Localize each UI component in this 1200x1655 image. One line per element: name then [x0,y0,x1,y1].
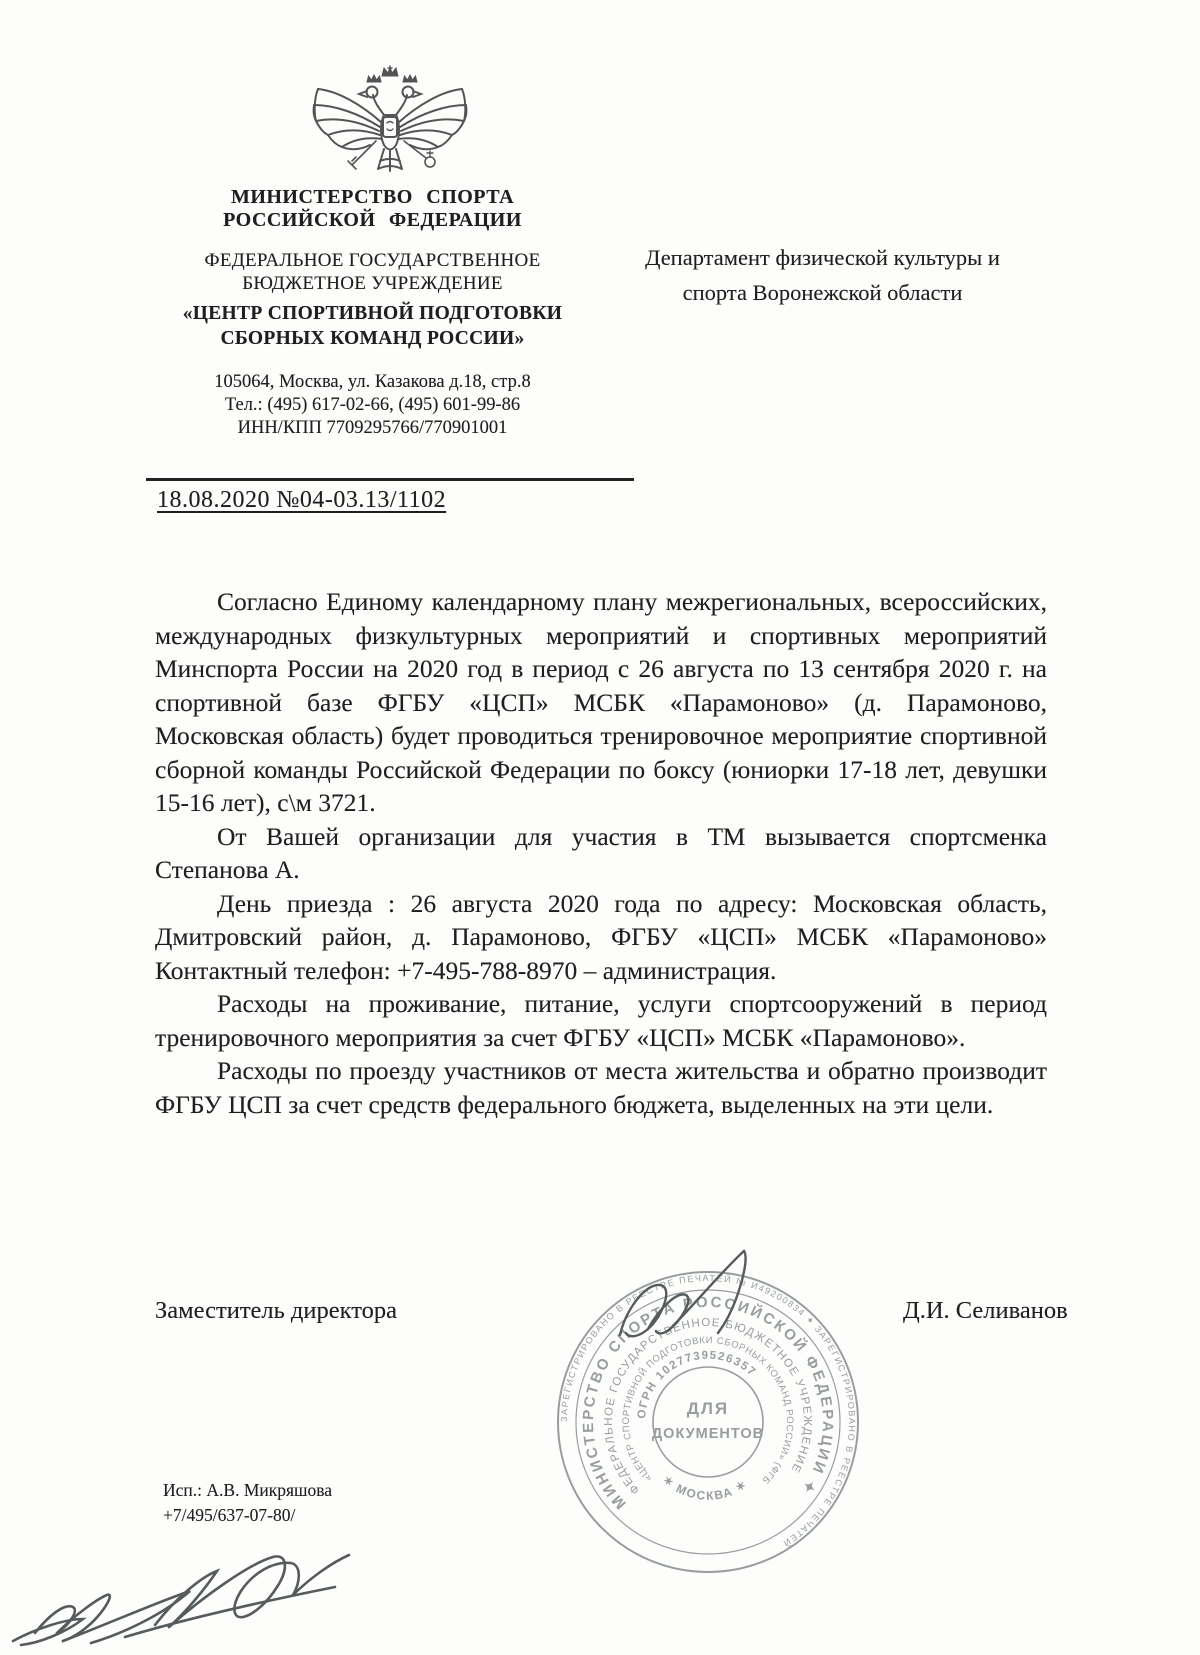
signer-position-title: Заместитель директора [155,1297,397,1325]
executor-block: Исп.: А.В. Микряшова +7/495/637-07-80/ [163,1478,332,1528]
letter-body: Согласно Единому календарному плану межр… [155,585,1047,1121]
org-name-line2: СБОРНЫХ КОМАНД РОССИИ» [140,326,605,351]
org-name-line1: «ЦЕНТР СПОРТИВНОЙ ПОДГОТОВКИ [140,301,605,326]
executor-signature-icon [5,1533,405,1655]
org-address: 105064, Москва, ул. Казакова д.18, стр.8 [140,371,605,394]
scanned-letter-page: МИНИСТЕРСТВО СПОРТА РОССИЙСКОЙ ФЕДЕРАЦИИ… [0,0,1200,1655]
org-inn-kpp: ИНН/КПП 7709295766/770901001 [140,417,605,440]
org-type-line1: ФЕДЕРАЛЬНОЕ ГОСУДАРСТВЕННОЕ [140,249,605,272]
signer-name: Д.И. Селиванов [903,1297,1068,1325]
outgoing-date-number: 18.08.2020 №04-03.13/1102 [157,487,446,514]
org-type-line2: БЮДЖЕТНОЕ УЧРЕЖДЕНИЕ [140,272,605,295]
recipient-line1: Департамент физической культуры и [600,240,1045,275]
letterhead-divider [146,478,634,481]
recipient-line2: спорта Воронежской области [600,275,1045,310]
body-paragraph-5: Расходы по проезду участников от места ж… [155,1054,1047,1121]
recipient-block: Департамент физической культуры и спорта… [600,240,1045,310]
stamp-center-line2: ДОКУМЕНТОВ [652,1426,764,1442]
letterhead: МИНИСТЕРСТВО СПОРТА РОССИЙСКОЙ ФЕДЕРАЦИИ… [140,186,605,440]
body-paragraph-1: Согласно Единому календарному плану межр… [155,585,1047,820]
ministry-name-line1: МИНИСТЕРСТВО СПОРТА [140,186,605,209]
body-paragraph-3: День приезда : 26 августа 2020 года по а… [155,887,1047,988]
coat-of-arms-icon [300,64,480,186]
executor-phone: +7/495/637-07-80/ [163,1503,332,1528]
body-paragraph-4: Расходы на проживание, питание, услуги с… [155,987,1047,1054]
ministry-name-line2: РОССИЙСКОЙ ФЕДЕРАЦИИ [140,209,605,232]
body-paragraph-2: От Вашей организации для участия в ТМ вы… [155,820,1047,887]
executor-name: Исп.: А.В. Микряшова [163,1478,332,1503]
org-phone: Тел.: (495) 617-02-66, (495) 601-99-86 [140,394,605,417]
stamp-center-line1: ДЛЯ [687,1399,729,1418]
signer-signature-icon [602,1243,812,1363]
